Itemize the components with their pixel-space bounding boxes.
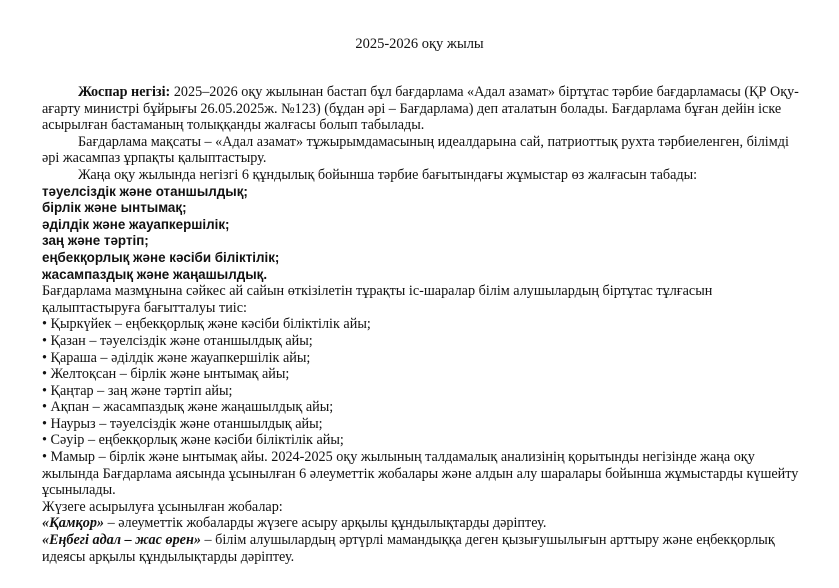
- value-item: еңбекқорлық және кәсіби біліктілік;: [42, 250, 802, 267]
- month-item: • Желтоқсан – бірлік және ынтымақ айы;: [42, 366, 802, 383]
- project-item: «Еңбегі адал – жас өрен» – білім алушыла…: [42, 532, 802, 565]
- value-item: әділдік және жауапкершілік;: [42, 217, 802, 234]
- projects-intro: Жүзеге асырылуға ұсынылған жобалар:: [42, 499, 802, 516]
- content-intro: Бағдарлама мазмұнына сәйкес ай сайын өтк…: [42, 283, 802, 316]
- value-item: заң және тәртіп;: [42, 233, 802, 250]
- values-list: тәуелсіздік және отаншылдық; бірлік және…: [42, 184, 802, 284]
- intro-label: Жоспар негізі:: [78, 84, 170, 100]
- intro-paragraph: Жоспар негізі: 2025–2026 оқу жылынан бас…: [42, 84, 802, 134]
- project-text: – әлеуметтік жобаларды жүзеге асыру арқы…: [104, 515, 546, 531]
- goal-paragraph: Бағдарлама мақсаты – «Адал азамат» тұжыр…: [42, 134, 802, 167]
- month-item: • Сәуір – еңбекқорлық және кәсіби білікт…: [42, 432, 802, 449]
- month-item: • Қазан – тәуелсіздік және отаншылдық ай…: [42, 333, 802, 350]
- month-item: • Қыркүйек – еңбекқорлық және кәсіби біл…: [42, 316, 802, 333]
- values-intro: Жаңа оқу жылында негізгі 6 құндылық бойы…: [42, 167, 802, 184]
- document-page: 2025-2026 оқу жылы Жоспар негізі: 2025–2…: [0, 0, 839, 588]
- months-list: • Қыркүйек – еңбекқорлық және кәсіби біл…: [42, 316, 802, 499]
- project-name: «Қамқор»: [42, 515, 104, 531]
- month-item: • Наурыз – тәуелсіздік және отаншылдық а…: [42, 416, 802, 433]
- project-item: «Қамқор» – әлеуметтік жобаларды жүзеге а…: [42, 515, 802, 532]
- month-item: • Мамыр – бірлік және ынтымақ айы. 2024-…: [42, 449, 802, 499]
- month-item: • Ақпан – жасампаздық және жаңашылдық ай…: [42, 399, 802, 416]
- document-title: 2025-2026 оқу жылы: [0, 36, 839, 53]
- project-name: «Еңбегі адал – жас өрен»: [42, 532, 201, 548]
- month-item: • Қараша – әділдік және жауапкершілік ай…: [42, 350, 802, 367]
- value-item: тәуелсіздік және отаншылдық;: [42, 184, 802, 201]
- month-item: • Қаңтар – заң және тәртіп айы;: [42, 383, 802, 400]
- value-item: жасампаздық және жаңашылдық.: [42, 267, 802, 284]
- value-item: бірлік және ынтымақ;: [42, 200, 802, 217]
- document-body: Жоспар негізі: 2025–2026 оқу жылынан бас…: [42, 84, 802, 565]
